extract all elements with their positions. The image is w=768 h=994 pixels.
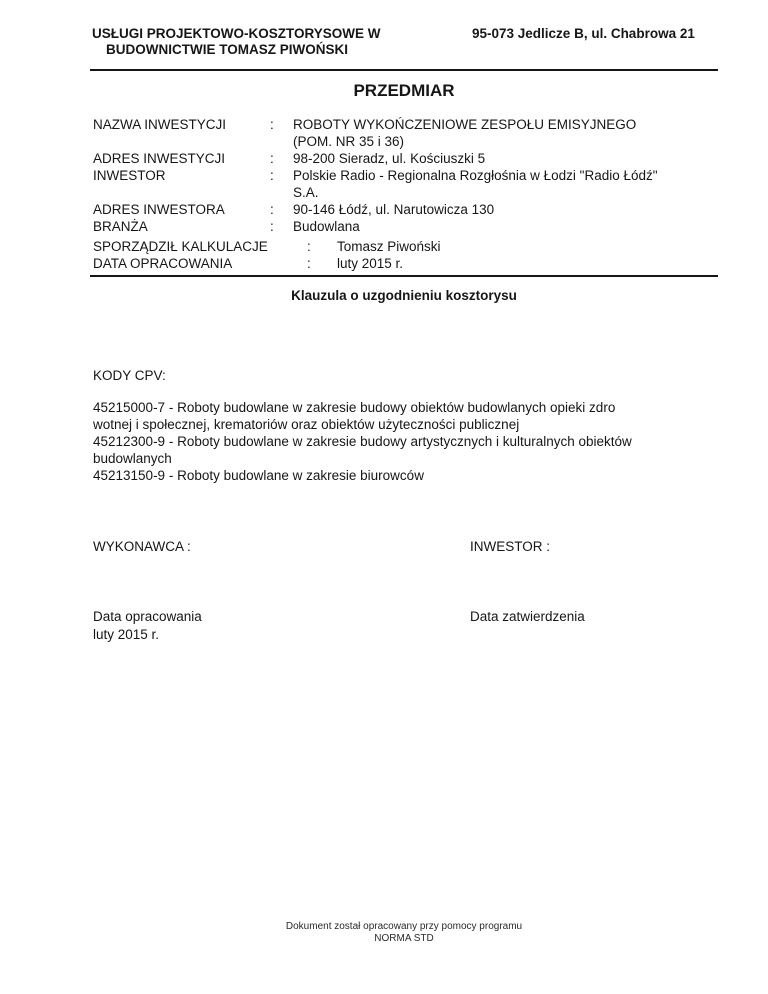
info-value-line: ROBOTY WYKOŃCZENIOWE ZESPOŁU EMISYJNEGO	[293, 116, 718, 133]
cpv-code-line: 45215000-7 - Roboty budowlane w zakresie…	[93, 399, 733, 416]
info-value-line: Polskie Radio - Regionalna Rozgłośnia w …	[293, 167, 718, 184]
info-colon: :	[270, 150, 293, 167]
info-value-line: 90-146 Łódź, ul. Narutowicza 130	[293, 201, 718, 218]
prepared-colon: :	[307, 238, 337, 255]
info-value: ROBOTY WYKOŃCZENIOWE ZESPOŁU EMISYJNEGO …	[293, 116, 718, 150]
cpv-code-line: budowlanych	[93, 450, 733, 467]
cpv-code-list: 45215000-7 - Roboty budowlane w zakresie…	[93, 399, 733, 484]
prepared-colon: :	[307, 255, 337, 272]
investor-signature-label: INWESTOR :	[470, 538, 550, 555]
company-name-line1: USŁUGI PROJEKTOWO-KOSZTORYSOWE W	[92, 26, 381, 42]
info-label: ADRES INWESTORA	[93, 201, 270, 218]
prepared-label: SPORZĄDZIŁ KALKULACJE	[93, 238, 307, 255]
section-divider	[90, 275, 718, 277]
info-colon: :	[270, 201, 293, 218]
info-value: 98-200 Sieradz, ul. Kościuszki 5	[293, 150, 718, 167]
cpv-heading: KODY CPV:	[93, 367, 166, 384]
info-value-line: 98-200 Sieradz, ul. Kościuszki 5	[293, 150, 718, 167]
prepared-value: luty 2015 r.	[337, 255, 718, 272]
info-colon: :	[270, 167, 293, 201]
cpv-code-line: 45213150-9 - Roboty budowlane w zakresie…	[93, 467, 733, 484]
company-name: USŁUGI PROJEKTOWO-KOSZTORYSOWE W BUDOWNI…	[92, 26, 381, 58]
date-prepared-label: Data opracowania	[93, 608, 202, 626]
footer-line1: Dokument został opracowany przy pomocy p…	[90, 921, 718, 933]
header-divider	[90, 69, 718, 71]
company-address: 95-073 Jedlicze B, ul. Chabrowa 21	[472, 26, 695, 42]
info-label: ADRES INWESTYCJI	[93, 150, 270, 167]
program-footer: Dokument został opracowany przy pomocy p…	[90, 921, 718, 945]
info-value: Polskie Radio - Regionalna Rozgłośnia w …	[293, 167, 718, 201]
date-prepared-block: Data opracowania luty 2015 r.	[93, 608, 202, 643]
company-name-line2: BUDOWNICTWIE TOMASZ PIWOŃSKI	[92, 42, 381, 58]
info-label: INWESTOR	[93, 167, 270, 201]
info-label: NAZWA INWESTYCJI	[93, 116, 270, 150]
prepared-value: Tomasz Piwoński	[337, 238, 718, 255]
cpv-code-line: wotnej i społecznej, krematoriów oraz ob…	[93, 416, 733, 433]
investment-info: NAZWA INWESTYCJI : ROBOTY WYKOŃCZENIOWE …	[93, 116, 718, 235]
info-label: BRANŻA	[93, 218, 270, 235]
footer-line2: NORMA STD	[90, 933, 718, 945]
date-prepared-value: luty 2015 r.	[93, 626, 202, 644]
date-approved-label: Data zatwierdzenia	[470, 608, 585, 626]
info-colon: :	[270, 218, 293, 235]
info-value-line: Budowlana	[293, 218, 718, 235]
info-colon: :	[270, 116, 293, 150]
info-value: 90-146 Łódź, ul. Narutowicza 130	[293, 201, 718, 218]
clause-heading: Klauzula o uzgodnieniu kosztorysu	[90, 287, 718, 304]
info-value: Budowlana	[293, 218, 718, 235]
cpv-code-line: 45212300-9 - Roboty budowlane w zakresie…	[93, 433, 733, 450]
info-value-line: (POM. NR 35 i 36)	[293, 133, 718, 150]
document-title: PRZEDMIAR	[90, 81, 718, 101]
contractor-signature-label: WYKONAWCA :	[93, 538, 191, 555]
preparation-info: SPORZĄDZIŁ KALKULACJE : Tomasz Piwoński …	[93, 238, 718, 272]
prepared-label: DATA OPRACOWANIA	[93, 255, 307, 272]
document-page: USŁUGI PROJEKTOWO-KOSZTORYSOWE W BUDOWNI…	[0, 0, 768, 994]
info-value-line: S.A.	[293, 184, 718, 201]
